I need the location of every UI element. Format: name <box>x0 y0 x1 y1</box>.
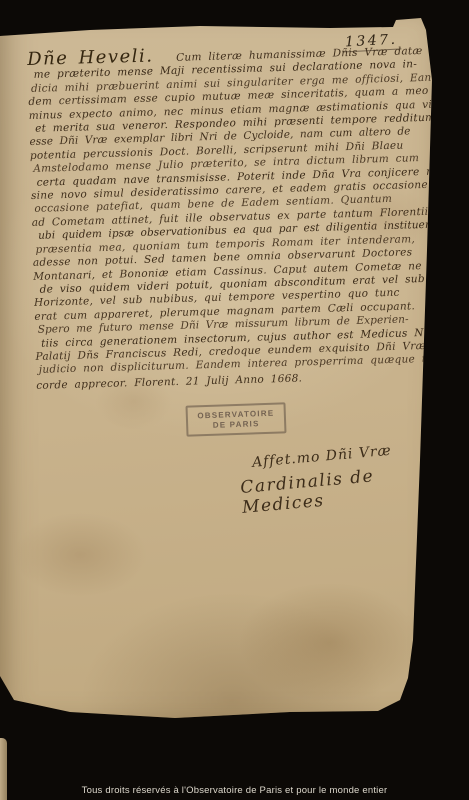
letter-body: Dñe Heveli. Cum literæ humanissimæ Dñis … <box>27 42 440 393</box>
copyright-footer: Tous droits réservés à l'Observatoire de… <box>0 785 469 796</box>
observatory-collection-stamp: OBSERVATOIRE DE PARIS <box>185 402 286 436</box>
scan-photograph: 1347. Dñe Heveli. Cum literæ humanissimæ… <box>0 0 469 800</box>
signature-block: Affet.mo Dñi Vræ Cardinalis de Medices <box>238 438 449 518</box>
manuscript-page: 1347. Dñe Heveli. Cum literæ humanissimæ… <box>0 0 446 730</box>
